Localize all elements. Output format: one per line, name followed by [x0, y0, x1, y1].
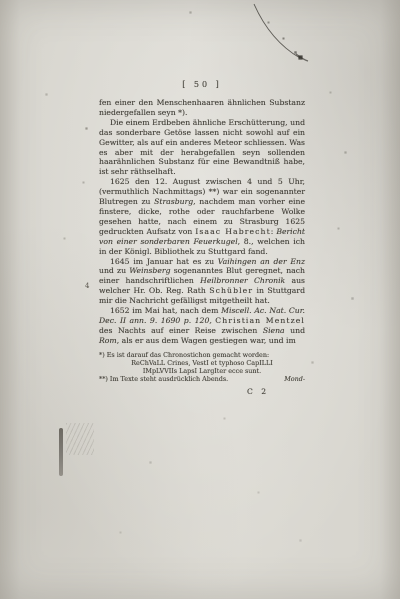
- crease-mark: [238, 2, 314, 68]
- footnote-1-chronogram-line2: IMpLVVIIs LapsI LargIter ecce sunt.: [99, 367, 305, 375]
- corner-hatch-artifact: [66, 423, 94, 455]
- paragraph: 1652 im Mai hat, nach dem Miscell. Ac. N…: [99, 306, 305, 346]
- dust-speckles: [0, 0, 1, 1]
- page-number: [ 50 ]: [99, 80, 305, 89]
- footnote-2: Mond- **) Im Texte steht ausdrücklich Ab…: [99, 375, 305, 383]
- paragraph: 1625 den 12. August zwischen 4 und 5 Uhr…: [99, 177, 305, 256]
- footnote-2-text: **) Im Texte steht ausdrücklich Abends.: [99, 375, 228, 383]
- catchword: Mond-: [284, 375, 305, 383]
- footnotes: *) Es ist darauf das Chronostichon gemac…: [99, 351, 305, 383]
- margin-mark: 4: [85, 282, 89, 290]
- paragraph: Die einem Erdbeben ähnliche Erschütterun…: [99, 118, 305, 177]
- spine-edge-mark: [59, 428, 63, 476]
- paragraph: 1645 im Januar hat es zu Vaihingen an de…: [99, 257, 305, 307]
- paragraph: fen einer den Menschenhaaren ähnlichen S…: [99, 98, 305, 118]
- footnote-1: *) Es ist darauf das Chronostichon gemac…: [99, 351, 305, 359]
- footnote-1-chronogram-line1: ReChVaLL Crines, VestI et typhoso CapILL…: [99, 359, 305, 367]
- scanned-book-page: { "colors": { "paper": "#d7d5ce", "ink":…: [0, 0, 400, 599]
- text-block: [ 50 ] fen einer den Menschenhaaren ähnl…: [99, 80, 305, 396]
- signature-mark: C 2: [99, 387, 305, 396]
